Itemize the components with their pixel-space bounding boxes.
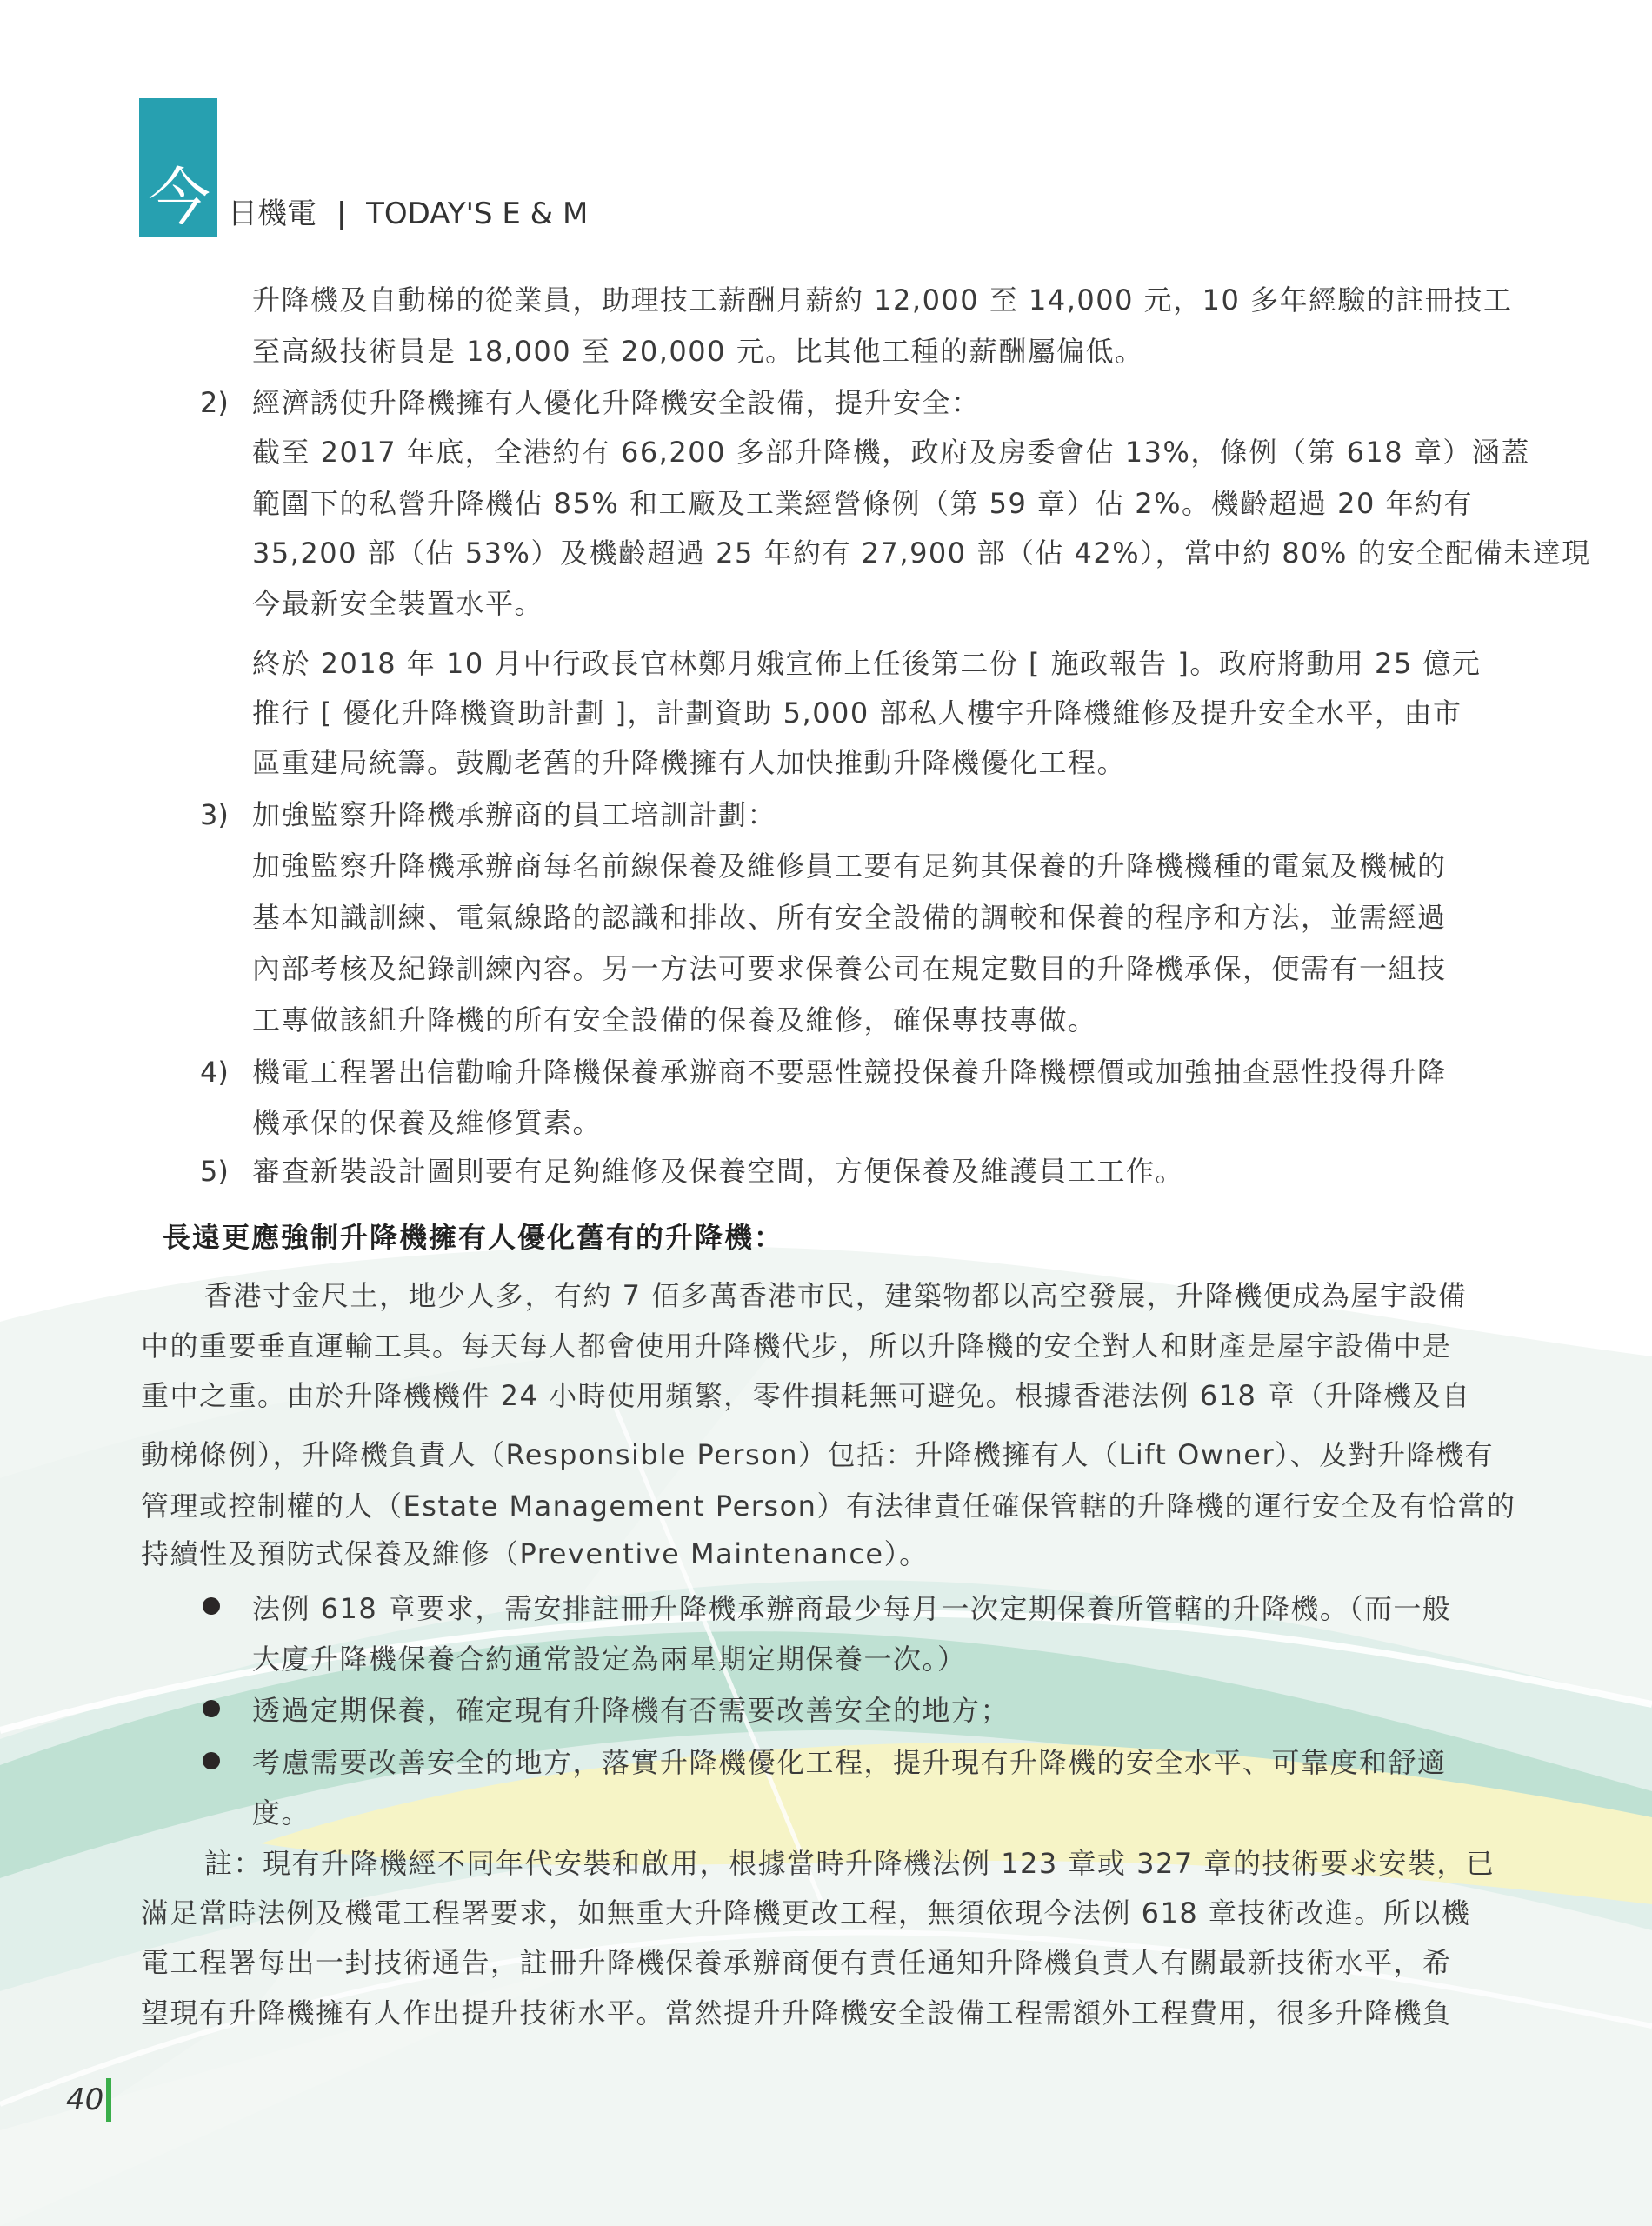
body-text-line: 今最新安全裝置水平。 [252,586,543,621]
title-separator: | [336,197,346,231]
list-number: 3) [200,797,229,832]
body-text-line: 升降機及自動梯的從業員，助理技工薪酬月薪約 12,000 至 14,000 元，… [252,283,1513,317]
list-item-title: 經濟誘使升降機擁有人優化升降機安全設備，提升安全： [252,385,981,420]
body-text-line: 管理或控制權的人（Estate Management Person）有法律責任確… [141,1489,1515,1523]
title-english: TODAY'S E & M [366,197,588,231]
body-text-line: 終於 2018 年 10 月中行政長官林鄭月娥宣佈上任後第二份 [ 施政報告 ]… [252,646,1481,681]
bullet-text-line: 度。 [252,1796,310,1830]
note-text-line: 電工程署每出一封技術通告，註冊升降機保養承辦商便有責任通知升降機負責人有關最新技… [141,1945,1452,1980]
list-item-title: 審查新裝設計圖則要有足夠維修及保養空間，方便保養及維護員工工作。 [252,1154,1184,1189]
body-text-line: 香港寸金尺土，地少人多，有約 7 佰多萬香港市民，建築物都以高空發展，升降機便成… [204,1278,1467,1313]
body-text-line: 內部考核及紀錄訓練內容。另一方法可要求保養公司在規定數目的升降機承保，便需有一組… [252,951,1447,986]
body-text-line: 中的重要垂直運輸工具。每天每人都會使用升降機代步，所以升降機的安全對人和財產是屋… [141,1329,1452,1363]
body-text-line: 工專做該組升降機的所有安全設備的保養及維修，確保專技專做。 [252,1003,1097,1037]
logo-glyph: 今 [144,166,214,229]
list-item-title: 機電工程署出信勸喻升降機保養承辦商不要惡性競投保養升降機標價或加強抽查惡性投得升… [252,1055,1447,1090]
bullet-icon [203,1597,220,1615]
body-text-line: 動梯條例），升降機負責人（Responsible Person）包括：升降機擁有… [141,1437,1494,1472]
page-number-accent-bar [106,2078,111,2122]
body-text-line: 加強監察升降機承辦商每名前線保養及維修員工要有足夠其保養的升降機機種的電氣及機械… [252,849,1447,883]
body-text-line: 持續性及預防式保養及維修（Preventive Maintenance）。 [141,1536,929,1571]
body-text-line: 推行 [ 優化升降機資助計劃 ]，計劃資助 5,000 部私人樓宇升降機維修及提… [252,696,1462,730]
list-number: 2) [200,385,229,420]
body-text-line: 區重建局統籌。鼓勵老舊的升降機擁有人加快推動升降機優化工程。 [252,745,1126,780]
list-item-title: 加強監察升降機承辦商的員工培訓計劃： [252,797,776,832]
bullet-text-line: 大廈升降機保養合約通常設定為兩星期定期保養一次。） [252,1642,967,1676]
bullet-text-line: 透過定期保養，確定現有升降機有否需要改善安全的地方； [252,1693,1009,1728]
body-text-line: 35,200 部（佔 53%）及機齡超過 25 年約有 27,900 部（佔 4… [252,536,1591,570]
body-text-line: 至高級技術員是 18,000 至 20,000 元。比其他工種的薪酬屬偏低。 [252,334,1144,369]
magazine-logo: 今 [139,98,217,237]
list-number: 5) [200,1154,229,1189]
note-text-line: 註：現有升降機經不同年代安裝和啟用，根據當時升降機法例 123 章或 327 章… [204,1846,1495,1881]
section-heading: 長遠更應強制升降機擁有人優化舊有的升降機： [163,1220,783,1255]
note-text-line: 望現有升降機擁有人作出提升技術水平。當然提升升降機安全設備工程需額外工程費用，很… [141,1996,1452,2030]
body-text-line: 基本知識訓練、電氣線路的認識和排故、所有安全設備的調較和保養的程序和方法，並需經… [252,900,1447,935]
title-chinese: 日機電 [228,197,316,231]
note-text-line: 滿足當時法例及機電工程署要求，如無重大升降機更改工程，無須依現今法例 618 章… [141,1896,1470,1930]
body-text-line: 範圍下的私營升降機佔 85% 和工廠及工業經營條例（第 59 章）佔 2%。機齡… [252,486,1473,521]
bullet-icon [203,1752,220,1769]
body-text-line: 截至 2017 年底，全港約有 66,200 多部升降機，政府及房委會佔 13%… [252,435,1530,470]
page-number: 40 [66,2083,103,2117]
body-text-line: 重中之重。由於升降機機件 24 小時使用頻繁，零件損耗無可避免。根據香港法例 6… [141,1378,1471,1413]
bullet-text-line: 考慮需要改善安全的地方，落實升降機優化工程，提升現有升降機的安全水平、可靠度和舒… [252,1745,1447,1780]
list-number: 4) [200,1055,229,1090]
bullet-text-line: 法例 618 章要求，需安排註冊升降機承辦商最少每月一次定期保養所管轄的升降機。… [252,1591,1451,1626]
magazine-title: 日機電 | TODAY'S E & M [228,197,588,231]
body-text-line: 機承保的保養及維修質素。 [252,1105,602,1140]
bullet-icon [203,1700,220,1717]
